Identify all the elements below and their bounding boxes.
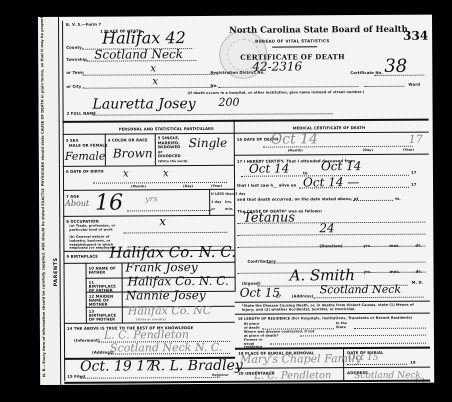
mother-name-value: Nannie Josey — [126, 288, 206, 302]
dob-month-caption: (Month) — [131, 184, 146, 188]
marital-status-value: Single — [189, 136, 228, 150]
duration-ds: ds. — [415, 243, 422, 248]
father-name-value: Frank Josey — [125, 260, 197, 274]
age-less-label: If LESS than 1 day — [211, 192, 245, 196]
marital-status-sublabel: (Write the word) — [158, 159, 188, 163]
registration-district-value: 42-2316 — [252, 59, 302, 73]
file-number: 334 — [403, 29, 428, 43]
residence-in-state-label: In the State — [336, 322, 352, 329]
signed-address-label: (Address) — [292, 293, 314, 298]
attended-to-value: Oct 14 — [321, 159, 362, 173]
contributory-ds: ds. — [416, 269, 423, 274]
margin-instructions: N. B.—Every item of information should b… — [40, 27, 47, 377]
instruction-margin: N. B.—Every item of information should b… — [38, 17, 61, 385]
county-label: County — [66, 45, 82, 50]
sex-sublabel: MALE OR FEMALE — [69, 143, 108, 148]
signed-date-value: Oct 15 — [240, 286, 281, 300]
dob-month-value: x — [123, 168, 129, 179]
father-birthplace-value: Halifax Co. N. C. — [128, 274, 229, 289]
registrar-label: Registrar — [212, 373, 229, 377]
bureau-name: BUREAU OF VITAL STATISTICS — [255, 38, 329, 43]
form-id: B. V. S.—Form 7 — [66, 22, 101, 27]
informant-value: L. C. Pendleton — [104, 328, 189, 342]
sex-value: Female — [65, 150, 106, 163]
hospital-note: (If death occurs in a hospital, or other… — [187, 90, 364, 95]
city-value: x — [152, 76, 158, 87]
street-no-label: No. — [210, 83, 218, 88]
township-value: Scotland Neck — [94, 47, 183, 62]
date-of-death-year: 17 — [409, 133, 423, 146]
day-caption: (Day) — [363, 148, 373, 152]
date-of-birth-label: 6 DATE OF BIRTH — [66, 169, 104, 174]
town-label: or Town — [66, 70, 83, 75]
personal-section-title: PERSONAL AND STATISTICAL PARTICULARS — [119, 126, 214, 132]
town-value: x — [150, 63, 156, 74]
township-label: Township — [66, 57, 87, 62]
age-or-label: or — [211, 207, 215, 211]
death-occurred-suffix: m. — [395, 196, 401, 201]
attended-from-value: Oct 14 — [249, 161, 290, 175]
full-name-value: Lauretta Josey — [92, 96, 195, 113]
burial-date-value: Oct 15 — [348, 353, 378, 363]
signed-year: 17 — [276, 294, 282, 299]
duration-label: (Duration) — [319, 243, 342, 248]
burial-place-value: Mary's Chapel Family — [240, 352, 361, 366]
mother-name-label: 12 MAIDEN NAME OF MOTHER — [89, 294, 123, 307]
issuing-authority: North Carolina State Board of Health — [229, 25, 408, 36]
contributory-yrs: yrs. — [364, 269, 372, 274]
dob-day-value: x — [163, 168, 169, 179]
age-value: 16 — [95, 190, 123, 215]
age-min-label: min. — [225, 207, 233, 211]
last-saw-label: that I last saw h__ alive on — [237, 182, 296, 187]
section-divider — [63, 119, 429, 123]
form-bottom-border — [64, 380, 430, 384]
age-note: yrs — [145, 194, 158, 203]
death-certificate-scan: N. B.—Every item of information should b… — [38, 15, 434, 385]
county-value: Halifax 42 — [102, 28, 186, 48]
year-caption: (Year) — [403, 148, 414, 152]
occupation-a-label: (a) Trade, profession, or particular kin… — [69, 225, 119, 233]
cause-extra-value: 24 — [319, 221, 334, 235]
birthplace-value: Halifax Co. N. C. — [109, 243, 236, 262]
mother-birthplace-value: Halifax Co. NC — [128, 304, 211, 318]
mother-birthplace-sublabel: (State or country) — [136, 317, 166, 321]
burial-date-year: 19 — [410, 360, 416, 365]
cause-footnote: *State the Disease Causing Death, or, in… — [242, 303, 426, 313]
duration-mos: mos. — [389, 243, 400, 248]
ward-label: Ward — [408, 82, 420, 87]
month-caption: (Month) — [288, 148, 303, 152]
age-day-label: 1 day — [211, 200, 221, 204]
dob-day-caption: (Day) — [183, 184, 193, 188]
age-hrs-label: hrs. — [225, 200, 232, 204]
medical-section-title: MEDICAL CERTIFICATE OF DEATH — [293, 125, 366, 130]
column-divider — [234, 120, 236, 292]
informant-label: (Informant) — [74, 338, 100, 343]
signed-address-value: Scotland Neck — [320, 283, 401, 296]
attended-year-1: 17 — [411, 170, 417, 175]
occupation-value: x — [159, 214, 166, 228]
contributory-mos: mos. — [390, 269, 401, 274]
certificate-number-value: 38 — [384, 56, 407, 77]
duration-yrs: yrs. — [363, 243, 371, 248]
birthplace-label: 9 BIRTHPLACE — [66, 254, 98, 259]
race-value: Brown — [113, 146, 153, 160]
city-label: or City — [66, 84, 81, 89]
father-name-label: 10 NAME OF FATHER — [89, 267, 121, 276]
date-of-death-value: Oct 14 — [271, 131, 318, 147]
md-label: M. D. — [412, 280, 424, 285]
age-prefix: About — [65, 199, 89, 208]
residence-label: 18 LENGTH OF RESIDENCE (For Hospitals, I… — [238, 316, 412, 321]
marital-status-label: 5 SINGLE, MARRIED, WIDOWED or DIVORCED — [158, 136, 186, 159]
filed-date-value: Oct. 19 17 — [80, 358, 154, 374]
physician-signature: A. Smith — [290, 266, 355, 284]
full-name-annotation: 200 — [218, 96, 239, 109]
mother-birthplace-label: 13 BIRTHPLACE OF MOTHER — [89, 309, 121, 322]
dob-year-caption: (Year) — [211, 184, 222, 188]
race-label: 4 COLOR OR RACE — [108, 137, 148, 142]
death-occurred-label: and that death occurred, on the date sta… — [237, 196, 358, 202]
certificate-form: B. V. S.—Form 7 1 PLACE OF DEATH North C… — [62, 15, 430, 383]
registrar-signature: R. L. Bradley — [150, 358, 243, 375]
parents-section-label: PARENTS — [53, 257, 59, 286]
attended-year-2: 17 — [411, 182, 417, 187]
